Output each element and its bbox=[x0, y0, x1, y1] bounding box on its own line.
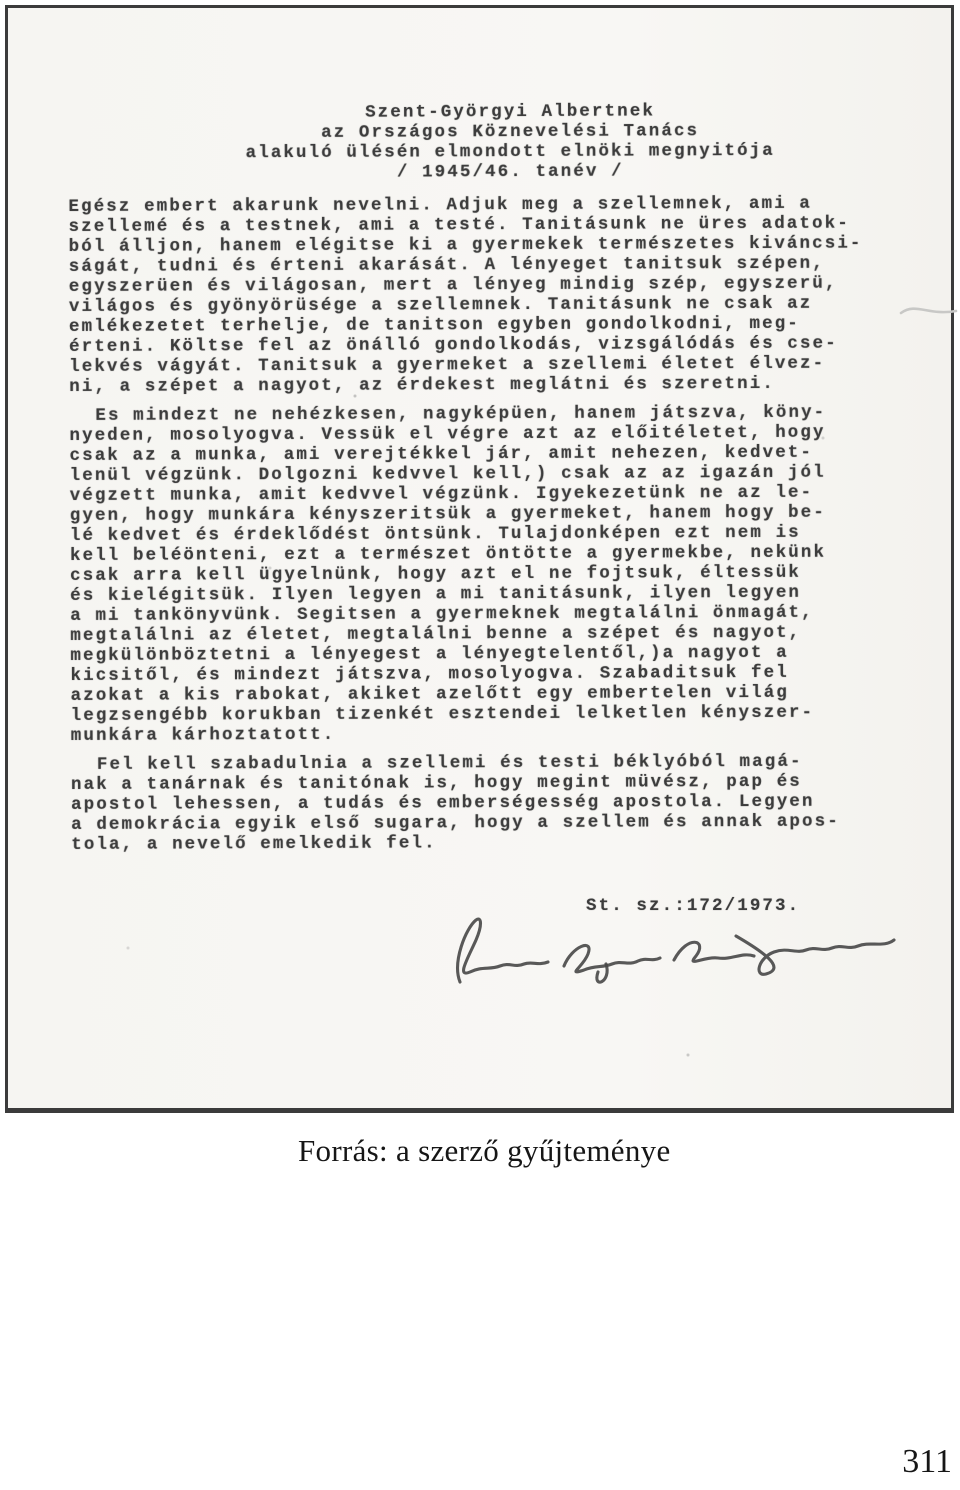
paragraph-2: Es mindezt ne nehézkesen, nagyképüen, ha… bbox=[69, 402, 898, 746]
signature-handwriting-szent-gyorgyi-albert bbox=[436, 910, 906, 992]
caption-source: Forrás: a szerző gyűjteménye bbox=[298, 1133, 671, 1169]
page-number: 311 bbox=[902, 1443, 952, 1481]
paragraph-3: Fel kell szabadulnia a szellemi és testi… bbox=[71, 751, 899, 855]
scanned-document: Szent-Györgyi Albertnek az Országos Közn… bbox=[5, 5, 954, 1113]
book-page: Szent-Györgyi Albertnek az Országos Közn… bbox=[0, 0, 960, 1490]
pencil-mark bbox=[898, 298, 960, 324]
paragraph-1: Egész embert akarunk nevelni. Adjuk meg … bbox=[68, 193, 897, 397]
document-title: Szent-Györgyi Albertnek az Országos Közn… bbox=[96, 100, 924, 184]
typewritten-text-block: Szent-Györgyi Albertnek az Országos Közn… bbox=[68, 100, 899, 864]
